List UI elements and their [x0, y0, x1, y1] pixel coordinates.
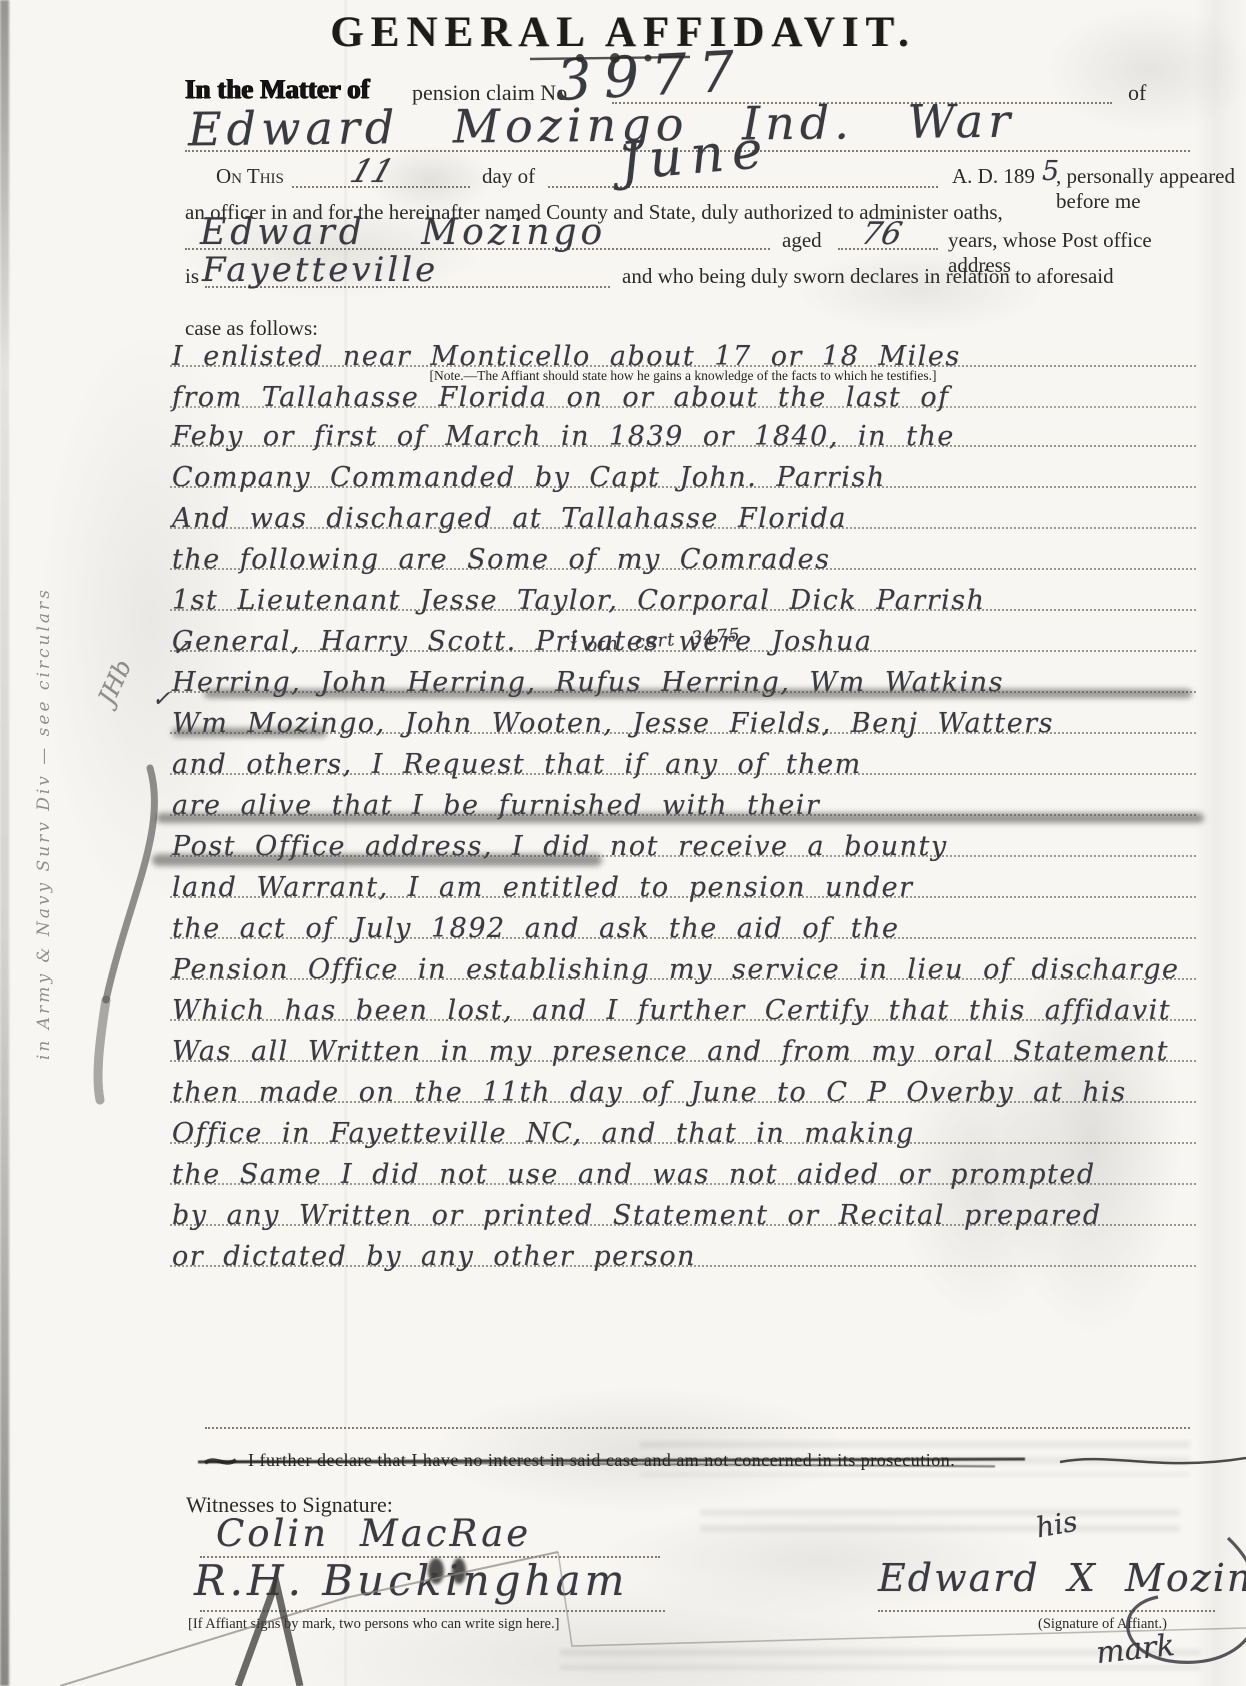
affidavit-line-comrades: Wm Mozingo, John Wooten, Jesse Fields, B…: [170, 693, 1196, 734]
pencil-underline: [172, 728, 327, 737]
ad-label: A. D. 189: [952, 164, 1035, 189]
witness-signature-2: R.H. Buckingham: [194, 1556, 628, 1605]
day-of-label: day of: [482, 164, 535, 189]
affidavit-line: Feby or first of March in 1839 or 1840, …: [170, 406, 1196, 447]
pencil-underline: [156, 813, 1204, 823]
checkmark-annotation: ✓: [152, 687, 172, 739]
affidavit-line: 1st Lieutenant Jesse Taylor, Corporal Di…: [170, 570, 1196, 611]
of-label: of: [1128, 80, 1146, 106]
affidavit-line: Company Commanded by Capt John. Parrish: [170, 447, 1196, 488]
affidavit-body: I enlisted near Monticello about 17 or 1…: [170, 326, 1196, 1267]
affidavit-line: the act of July 1892 and ask the aid of …: [170, 898, 1196, 939]
affidavit-line: Pension Office in establishing my servic…: [170, 939, 1196, 980]
affidavit-line: or dictated by any other person: [170, 1226, 1196, 1267]
post-office-value: Fayetteville: [202, 250, 438, 290]
margin-pencil-note: in Army & Navy Surv Div — see circulars: [34, 300, 54, 1060]
month-rule: [548, 186, 938, 188]
witness-rule-2: [200, 1610, 665, 1612]
affidavit-line: by any Written or printed Statement or R…: [170, 1185, 1196, 1226]
signature-rule: [878, 1610, 1215, 1612]
margin-initials-scribble: JHb: [93, 655, 138, 708]
aged-label: aged: [782, 228, 822, 253]
is-label: is: [185, 264, 199, 289]
day-value: 11: [346, 152, 399, 190]
affidavit-line: I enlisted near Monticello about 17 or 1…: [170, 326, 1196, 367]
affidavit-line: then made on the 11th day of June to C P…: [170, 1062, 1196, 1103]
month-value: June: [618, 120, 773, 193]
on-this-label: On This: [216, 164, 284, 189]
affidavit-scan-page: in Army & Navy Surv Div — see circulars …: [0, 0, 1246, 1686]
pencil-underline: [152, 854, 602, 866]
claimant-name-value: Edward Mozingo Ind. War: [188, 94, 1016, 157]
sworn-label: and who being duly sworn declares in rel…: [622, 264, 1192, 289]
affidavit-line: Which has been lost, and I further Certi…: [170, 980, 1196, 1021]
age-value: 76: [858, 216, 905, 252]
affidavit-line: Was all Written in my presence and from …: [170, 1021, 1196, 1062]
scan-edge-streak: [0, 0, 9, 1686]
affidavit-line: [Note.—The Affiant should state how he g…: [170, 367, 1196, 406]
affidavit-line: And was discharged at Tallahasse Florida: [170, 488, 1196, 529]
affidavit-line-comrades: Herring, John Herring, Rufus Herring, Wm…: [170, 652, 1196, 693]
affidavit-line: are alive that I be furnished with their: [170, 775, 1196, 816]
pencil-underline: [204, 689, 1192, 698]
affiant-name-value: Edward Mozingo: [200, 212, 606, 253]
bleed-through-smudge: [560, 1640, 1200, 1670]
witness-footnote: [If Affiant signs by mark, two persons w…: [188, 1616, 559, 1633]
affidavit-line: the following are Some of my Comrades: [170, 529, 1196, 570]
affidavit-line: the Same I did not use and was not aided…: [170, 1144, 1196, 1185]
witness-signature-1: Colin MacRae: [216, 1512, 531, 1555]
bleed-through-smudge: [640, 1432, 1190, 1476]
bleed-through-smudge: [700, 1500, 1180, 1540]
affidavit-line: Office in Fayetteville NC, and that in m…: [170, 1103, 1196, 1144]
affiant-signature: Edward X Mozingo: [878, 1556, 1246, 1600]
affidavit-line: and others, I Request that if any of the…: [170, 734, 1196, 775]
blank-rule: [205, 1427, 1190, 1429]
